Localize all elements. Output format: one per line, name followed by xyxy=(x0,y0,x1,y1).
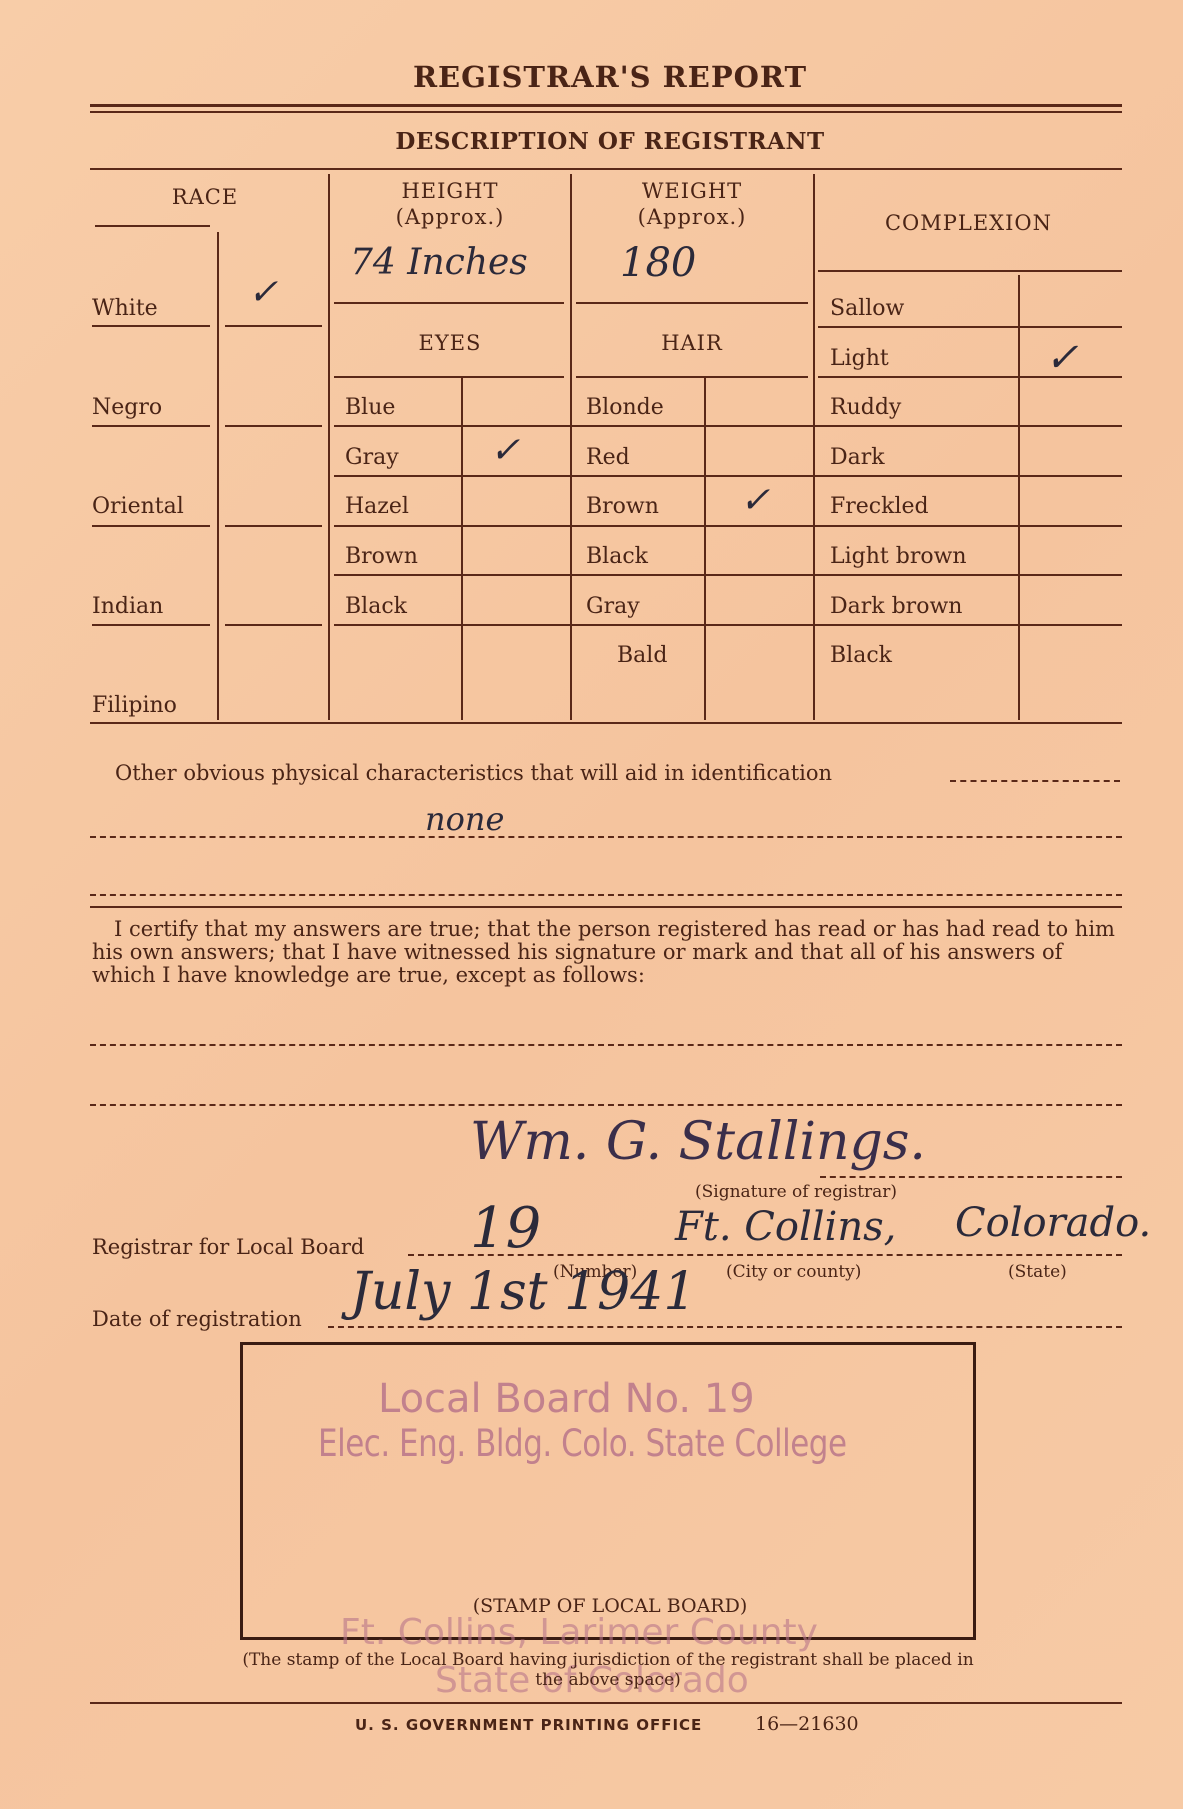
complexion-ruddy: Ruddy xyxy=(830,395,901,420)
weight-sub: (Approx.) xyxy=(572,204,812,230)
board-number: 19 xyxy=(470,1196,541,1261)
hair-gray: Gray xyxy=(586,594,640,619)
race-header: RACE xyxy=(130,184,280,210)
divider xyxy=(570,174,572,720)
complexion-light: Light xyxy=(830,346,889,371)
eyes-brown: Brown xyxy=(345,544,418,569)
divider xyxy=(818,270,1122,272)
stamp-note: (The stamp of the Local Board having jur… xyxy=(232,1650,984,1690)
dotted-line xyxy=(820,1176,1122,1178)
eyes-black: Black xyxy=(345,594,407,619)
title-divider xyxy=(90,104,1122,113)
divider xyxy=(90,906,1122,908)
complexion-dark: Dark xyxy=(830,445,885,470)
signature-caption: (Signature of registrar) xyxy=(695,1182,897,1202)
race-indian: Indian xyxy=(92,594,163,619)
divider xyxy=(813,174,815,720)
divider xyxy=(225,624,322,626)
board-city: Ft. Collins, xyxy=(675,1204,896,1250)
date-label: Date of registration xyxy=(92,1308,302,1331)
divider xyxy=(1018,275,1020,720)
complexion-freckled: Freckled xyxy=(830,494,929,519)
divider xyxy=(328,174,330,720)
dotted-line xyxy=(90,894,1122,896)
hair-header: HAIR xyxy=(572,330,812,356)
complexion-header: COMPLEXION xyxy=(815,210,1122,236)
race-negro: Negro xyxy=(92,395,162,420)
certification-text: I certify that my answers are true; that… xyxy=(92,918,1122,987)
divider xyxy=(92,624,210,626)
board-label: Registrar for Local Board xyxy=(92,1236,364,1259)
height-sub: (Approx.) xyxy=(330,204,570,230)
dotted-line xyxy=(90,836,1122,838)
race-white: White xyxy=(92,296,158,321)
dotted-line xyxy=(950,780,1120,782)
page-title: REGISTRAR'S REPORT xyxy=(0,60,1183,94)
weight-value: 180 xyxy=(620,240,696,286)
table-bottom-border xyxy=(90,722,1122,724)
section-title: DESCRIPTION OF REGISTRANT xyxy=(0,128,1183,155)
hair-red: Red xyxy=(586,445,630,470)
stamp-line-2: Elec. Eng. Bldg. Colo. State College xyxy=(318,1422,847,1465)
dotted-line xyxy=(328,1326,1122,1328)
height-header: HEIGHT xyxy=(330,178,570,204)
complexion-light-checkmark: ✓ xyxy=(1045,335,1079,381)
divider xyxy=(818,376,1122,378)
complexion-light-brown: Light brown xyxy=(830,544,967,569)
divider xyxy=(92,425,210,427)
registrar-report-card: REGISTRAR'S REPORT DESCRIPTION OF REGIST… xyxy=(0,0,1183,1809)
race-filipino: Filipino xyxy=(92,693,177,718)
hair-brown: Brown xyxy=(586,494,659,519)
complexion-sallow: Sallow xyxy=(830,296,904,321)
city-caption: (City or county) xyxy=(726,1262,861,1282)
divider xyxy=(225,525,322,527)
state-caption: (State) xyxy=(1008,1262,1067,1282)
eyes-blue: Blue xyxy=(345,395,395,420)
printer-credit: U. S. GOVERNMENT PRINTING OFFICE xyxy=(355,1716,702,1734)
hair-brown-checkmark: ✓ xyxy=(740,480,770,521)
hair-blonde: Blonde xyxy=(586,395,664,420)
divider xyxy=(225,325,322,327)
divider xyxy=(90,1702,1122,1704)
table-top-border xyxy=(90,168,1122,170)
race-oriental: Oriental xyxy=(92,494,184,519)
divider xyxy=(95,225,210,227)
other-value: none xyxy=(425,800,504,838)
eyes-hazel: Hazel xyxy=(345,494,409,519)
eyes-header: EYES xyxy=(385,330,515,356)
divider xyxy=(576,302,808,304)
date-value: July 1st 1941 xyxy=(350,1262,696,1322)
weight-header: WEIGHT xyxy=(572,178,812,204)
divider xyxy=(334,302,564,304)
eyes-gray-checkmark: ✓ xyxy=(490,430,520,471)
divider xyxy=(334,376,564,378)
divider xyxy=(704,378,706,720)
complexion-dark-brown: Dark brown xyxy=(830,594,962,619)
eyes-gray: Gray xyxy=(345,445,399,470)
divider xyxy=(92,325,210,327)
form-number: 16—21630 xyxy=(755,1713,859,1735)
divider xyxy=(225,425,322,427)
dotted-line xyxy=(90,1044,1122,1046)
divider xyxy=(92,525,210,527)
other-label: Other obvious physical characteristics t… xyxy=(115,762,832,785)
registrar-signature: Wm. G. Stallings. xyxy=(470,1112,926,1172)
height-value: 74 Inches xyxy=(350,242,528,283)
divider xyxy=(461,378,463,720)
board-state: Colorado. xyxy=(955,1200,1151,1246)
divider xyxy=(576,376,808,378)
hair-black: Black xyxy=(586,544,648,569)
dotted-line xyxy=(90,1104,1122,1106)
stamp-line-3: Ft. Collins, Larimer County xyxy=(340,1612,818,1653)
stamp-line-1: Local Board No. 19 xyxy=(378,1376,755,1422)
race-white-checkmark: ✓ xyxy=(248,272,278,313)
divider xyxy=(217,232,219,720)
hair-bald: Bald xyxy=(617,643,667,668)
divider xyxy=(818,326,1122,328)
complexion-black: Black xyxy=(830,643,892,668)
